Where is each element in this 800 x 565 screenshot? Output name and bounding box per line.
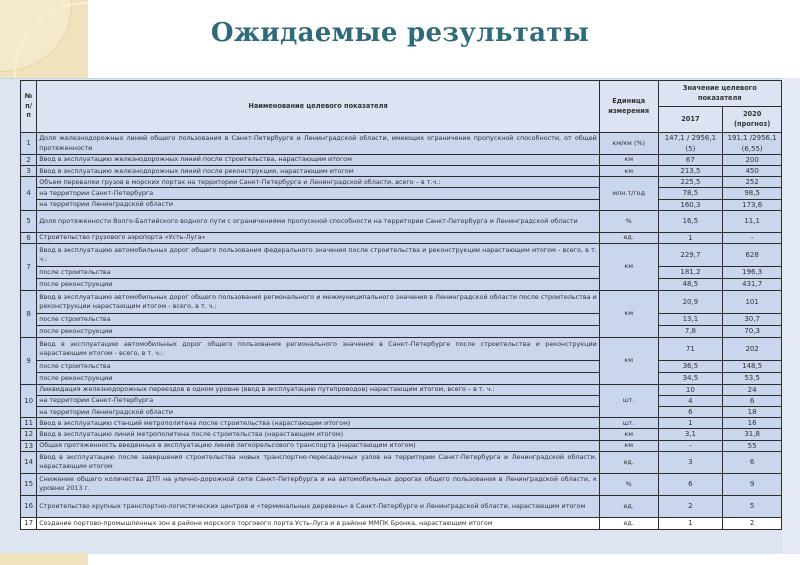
value-2017: 71: [658, 337, 723, 360]
value-2020: 18: [723, 407, 782, 418]
table-row: 16Строительство крупных транспортно-логи…: [21, 495, 782, 517]
value-2017: 48,5: [658, 278, 723, 290]
value-2020: 24: [723, 384, 782, 395]
value-2020: 101: [723, 290, 782, 313]
value-2017: 213,5: [658, 166, 723, 177]
unit-cell: км: [599, 429, 658, 440]
header-unit: Единица измерения: [599, 81, 658, 133]
header-num: № п/п: [21, 81, 37, 133]
value-2020: 6: [723, 395, 782, 406]
value-2020: 431,7: [723, 278, 782, 290]
table-row: после строительства36,5148,5: [21, 360, 782, 372]
unit-cell: км: [599, 155, 658, 166]
indicator-name: Ввод в эксплуатацию автомобильных дорог …: [37, 243, 600, 266]
unit-cell: км/км (%): [599, 133, 658, 155]
indicator-name: после реконструкции: [37, 278, 600, 290]
indicator-name: Строительство грузового аэропорта «Усть-…: [37, 232, 600, 243]
table-row: 9Ввод в эксплуатацию автомобильных дорог…: [21, 337, 782, 360]
table-row: 2Ввод в эксплуатацию железнодорожных лин…: [21, 155, 782, 166]
row-number: 8: [21, 290, 37, 337]
table-row: на территории Санкт-Петербурга46: [21, 395, 782, 406]
unit-cell: км: [599, 243, 658, 290]
table-row: 8Ввод в эксплуатацию автомобильных дорог…: [21, 290, 782, 313]
unit-cell: млн.т/год: [599, 177, 658, 210]
value-2017: 3: [658, 451, 723, 473]
value-2020: 173,6: [723, 199, 782, 210]
value-2017: 2: [658, 495, 723, 517]
row-number: 11: [21, 418, 37, 429]
table-body: 1Доля железнодорожных линий общего польз…: [21, 133, 782, 530]
indicator-name: Ввод в эксплуатацию автомобильных дорог …: [37, 290, 600, 313]
unit-cell: км: [599, 290, 658, 337]
row-number: 1: [21, 133, 37, 155]
indicator-name: после строительства: [37, 313, 600, 325]
unit-cell: шт.: [599, 384, 658, 417]
value-2017: 181,2: [658, 266, 723, 278]
value-2020: 2: [723, 517, 782, 529]
unit-cell: шт.: [599, 418, 658, 429]
value-2020: -: [723, 232, 782, 243]
value-2017: 6: [658, 407, 723, 418]
value-2020: 70,3: [723, 325, 782, 337]
value-2020: 98,5: [723, 188, 782, 199]
row-number: 6: [21, 232, 37, 243]
indicator-name: Снижение общего количества ДТП на улично…: [37, 473, 600, 495]
unit-cell: ед.: [599, 232, 658, 243]
unit-cell: ед.: [599, 451, 658, 473]
row-number: 15: [21, 473, 37, 495]
value-2020: 16: [723, 418, 782, 429]
results-table: № п/п Наименование целевого показателя Е…: [20, 80, 782, 530]
value-2017: 20,9: [658, 290, 723, 313]
unit-cell: км: [599, 337, 658, 384]
value-2020: 9: [723, 473, 782, 495]
row-number: 13: [21, 440, 37, 451]
table-row: 6Строительство грузового аэропорта «Усть…: [21, 232, 782, 243]
table-row: 11Ввод в эксплуатацию станций метрополит…: [21, 418, 782, 429]
decorative-bottom-strip: [0, 553, 88, 565]
unit-cell: %: [599, 210, 658, 232]
table-row: 3Ввод в эксплуатацию железнодорожных лин…: [21, 166, 782, 177]
row-number: 10: [21, 384, 37, 417]
value-2017: 3,1: [658, 429, 723, 440]
page-title: Ожидаемые результаты: [0, 18, 800, 48]
value-2020: 55: [723, 440, 782, 451]
indicator-name: Доля протяженности Волго-Балтийского вод…: [37, 210, 600, 232]
indicator-name: Ввод в эксплуатацию железнодорожных лини…: [37, 166, 600, 177]
indicator-name: после реконструкции: [37, 372, 600, 384]
value-2017: -: [658, 440, 723, 451]
value-2017: 160,3: [658, 199, 723, 210]
table-row: 5Доля протяженности Волго-Балтийского во…: [21, 210, 782, 232]
value-2020: 200: [723, 155, 782, 166]
unit-cell: ед.: [599, 517, 658, 529]
value-2020: 6: [723, 451, 782, 473]
value-2017: 6: [658, 473, 723, 495]
row-number: 16: [21, 495, 37, 517]
unit-cell: км: [599, 166, 658, 177]
indicator-name: после реконструкции: [37, 325, 600, 337]
table-row: 14Ввод в эксплуатацию после завершения с…: [21, 451, 782, 473]
indicator-name: на территории Ленинградской области: [37, 199, 600, 210]
table-row: 15Снижение общего количества ДТП на улич…: [21, 473, 782, 495]
value-2017: 34,5: [658, 372, 723, 384]
value-2017: 1: [658, 232, 723, 243]
table-row: после реконструкции34,553,5: [21, 372, 782, 384]
unit-cell: ед.: [599, 495, 658, 517]
value-2020: 5: [723, 495, 782, 517]
table-row: 17Создание портово-промышленных зон в ра…: [21, 517, 782, 529]
row-number: 4: [21, 177, 37, 210]
indicator-name: Ввод в эксплуатацию линий метрополитена …: [37, 429, 600, 440]
header-name: Наименование целевого показателя: [37, 81, 600, 133]
indicator-name: на территории Санкт-Петербурга: [37, 188, 600, 199]
value-2017: 10: [658, 384, 723, 395]
indicator-name: Объем перевалки грузов в морских портах …: [37, 177, 600, 188]
indicator-name: Общая протяженность введенных в эксплуат…: [37, 440, 600, 451]
indicator-name: Ввод в эксплуатацию автомобильных дорог …: [37, 337, 600, 360]
value-2017: 78,5: [658, 188, 723, 199]
value-2020: 148,5: [723, 360, 782, 372]
header-2020: 2020 (прогноз): [723, 107, 782, 133]
unit-cell: км: [599, 440, 658, 451]
row-number: 14: [21, 451, 37, 473]
table-row: на территории Санкт-Петербурга78,598,5: [21, 188, 782, 199]
table-row: 4Объем перевалки грузов в морских портах…: [21, 177, 782, 188]
header-2017: 2017: [658, 107, 723, 133]
value-2020: 252: [723, 177, 782, 188]
table-row: 7Ввод в эксплуатацию автомобильных дорог…: [21, 243, 782, 266]
indicator-name: Ввод в эксплуатацию железнодорожных лини…: [37, 155, 600, 166]
table-row: после строительства13,130,7: [21, 313, 782, 325]
indicator-name: на территории Санкт-Петербурга: [37, 395, 600, 406]
row-number: 2: [21, 155, 37, 166]
unit-cell: %: [599, 473, 658, 495]
table-row: после реконструкции48,5431,7: [21, 278, 782, 290]
row-number: 3: [21, 166, 37, 177]
table-row: на территории Ленинградской области618: [21, 407, 782, 418]
value-2020: 53,5: [723, 372, 782, 384]
row-number: 17: [21, 517, 37, 529]
value-2017: 13,1: [658, 313, 723, 325]
indicator-name: после строительства: [37, 266, 600, 278]
value-2017: 1: [658, 517, 723, 529]
value-2017: 36,5: [658, 360, 723, 372]
table-row: 13Общая протяженность введенных в эксплу…: [21, 440, 782, 451]
panel-edge: [782, 78, 800, 553]
value-2020: 31,8: [723, 429, 782, 440]
value-2020: 30,7: [723, 313, 782, 325]
row-number: 7: [21, 243, 37, 290]
indicator-name: на территории Ленинградской области: [37, 407, 600, 418]
indicator-name: Ликвидация железнодорожных переездов в о…: [37, 384, 600, 395]
table-row: на территории Ленинградской области160,3…: [21, 199, 782, 210]
value-2020: 11,1: [723, 210, 782, 232]
row-number: 9: [21, 337, 37, 384]
value-2017: 229,7: [658, 243, 723, 266]
table-row: после строительства181,2196,3: [21, 266, 782, 278]
table-row: 12Ввод в эксплуатацию линий метрополитен…: [21, 429, 782, 440]
value-2017: 16,5: [658, 210, 723, 232]
indicator-name: Доля железнодорожных линий общего пользо…: [37, 133, 600, 155]
indicator-name: Ввод в эксплуатацию после завершения стр…: [37, 451, 600, 473]
value-2017: 147,1 / 2956,1 (5): [658, 133, 723, 155]
value-2020: 450: [723, 166, 782, 177]
table-row: 1Доля железнодорожных линий общего польз…: [21, 133, 782, 155]
value-2017: 225,5: [658, 177, 723, 188]
value-2017: 4: [658, 395, 723, 406]
row-number: 5: [21, 210, 37, 232]
value-2017: 7,8: [658, 325, 723, 337]
table-row: после реконструкции7,870,3: [21, 325, 782, 337]
value-2020: 628: [723, 243, 782, 266]
indicator-name: после строительства: [37, 360, 600, 372]
table-header: № п/п Наименование целевого показателя Е…: [21, 81, 782, 133]
header-value-group: Значение целевого показателя: [658, 81, 781, 107]
value-2020: 196,3: [723, 266, 782, 278]
indicator-name: Строительство крупных транспортно-логист…: [37, 495, 600, 517]
indicator-name: Создание портово-промышленных зон в райо…: [37, 517, 600, 529]
row-number: 12: [21, 429, 37, 440]
table-row: 10Ликвидация железнодорожных переездов в…: [21, 384, 782, 395]
value-2017: 1: [658, 418, 723, 429]
value-2017: 67: [658, 155, 723, 166]
indicator-name: Ввод в эксплуатацию станций метрополитен…: [37, 418, 600, 429]
value-2020: 202: [723, 337, 782, 360]
value-2020: 191,1 /2956,1 (6,55): [723, 133, 782, 155]
